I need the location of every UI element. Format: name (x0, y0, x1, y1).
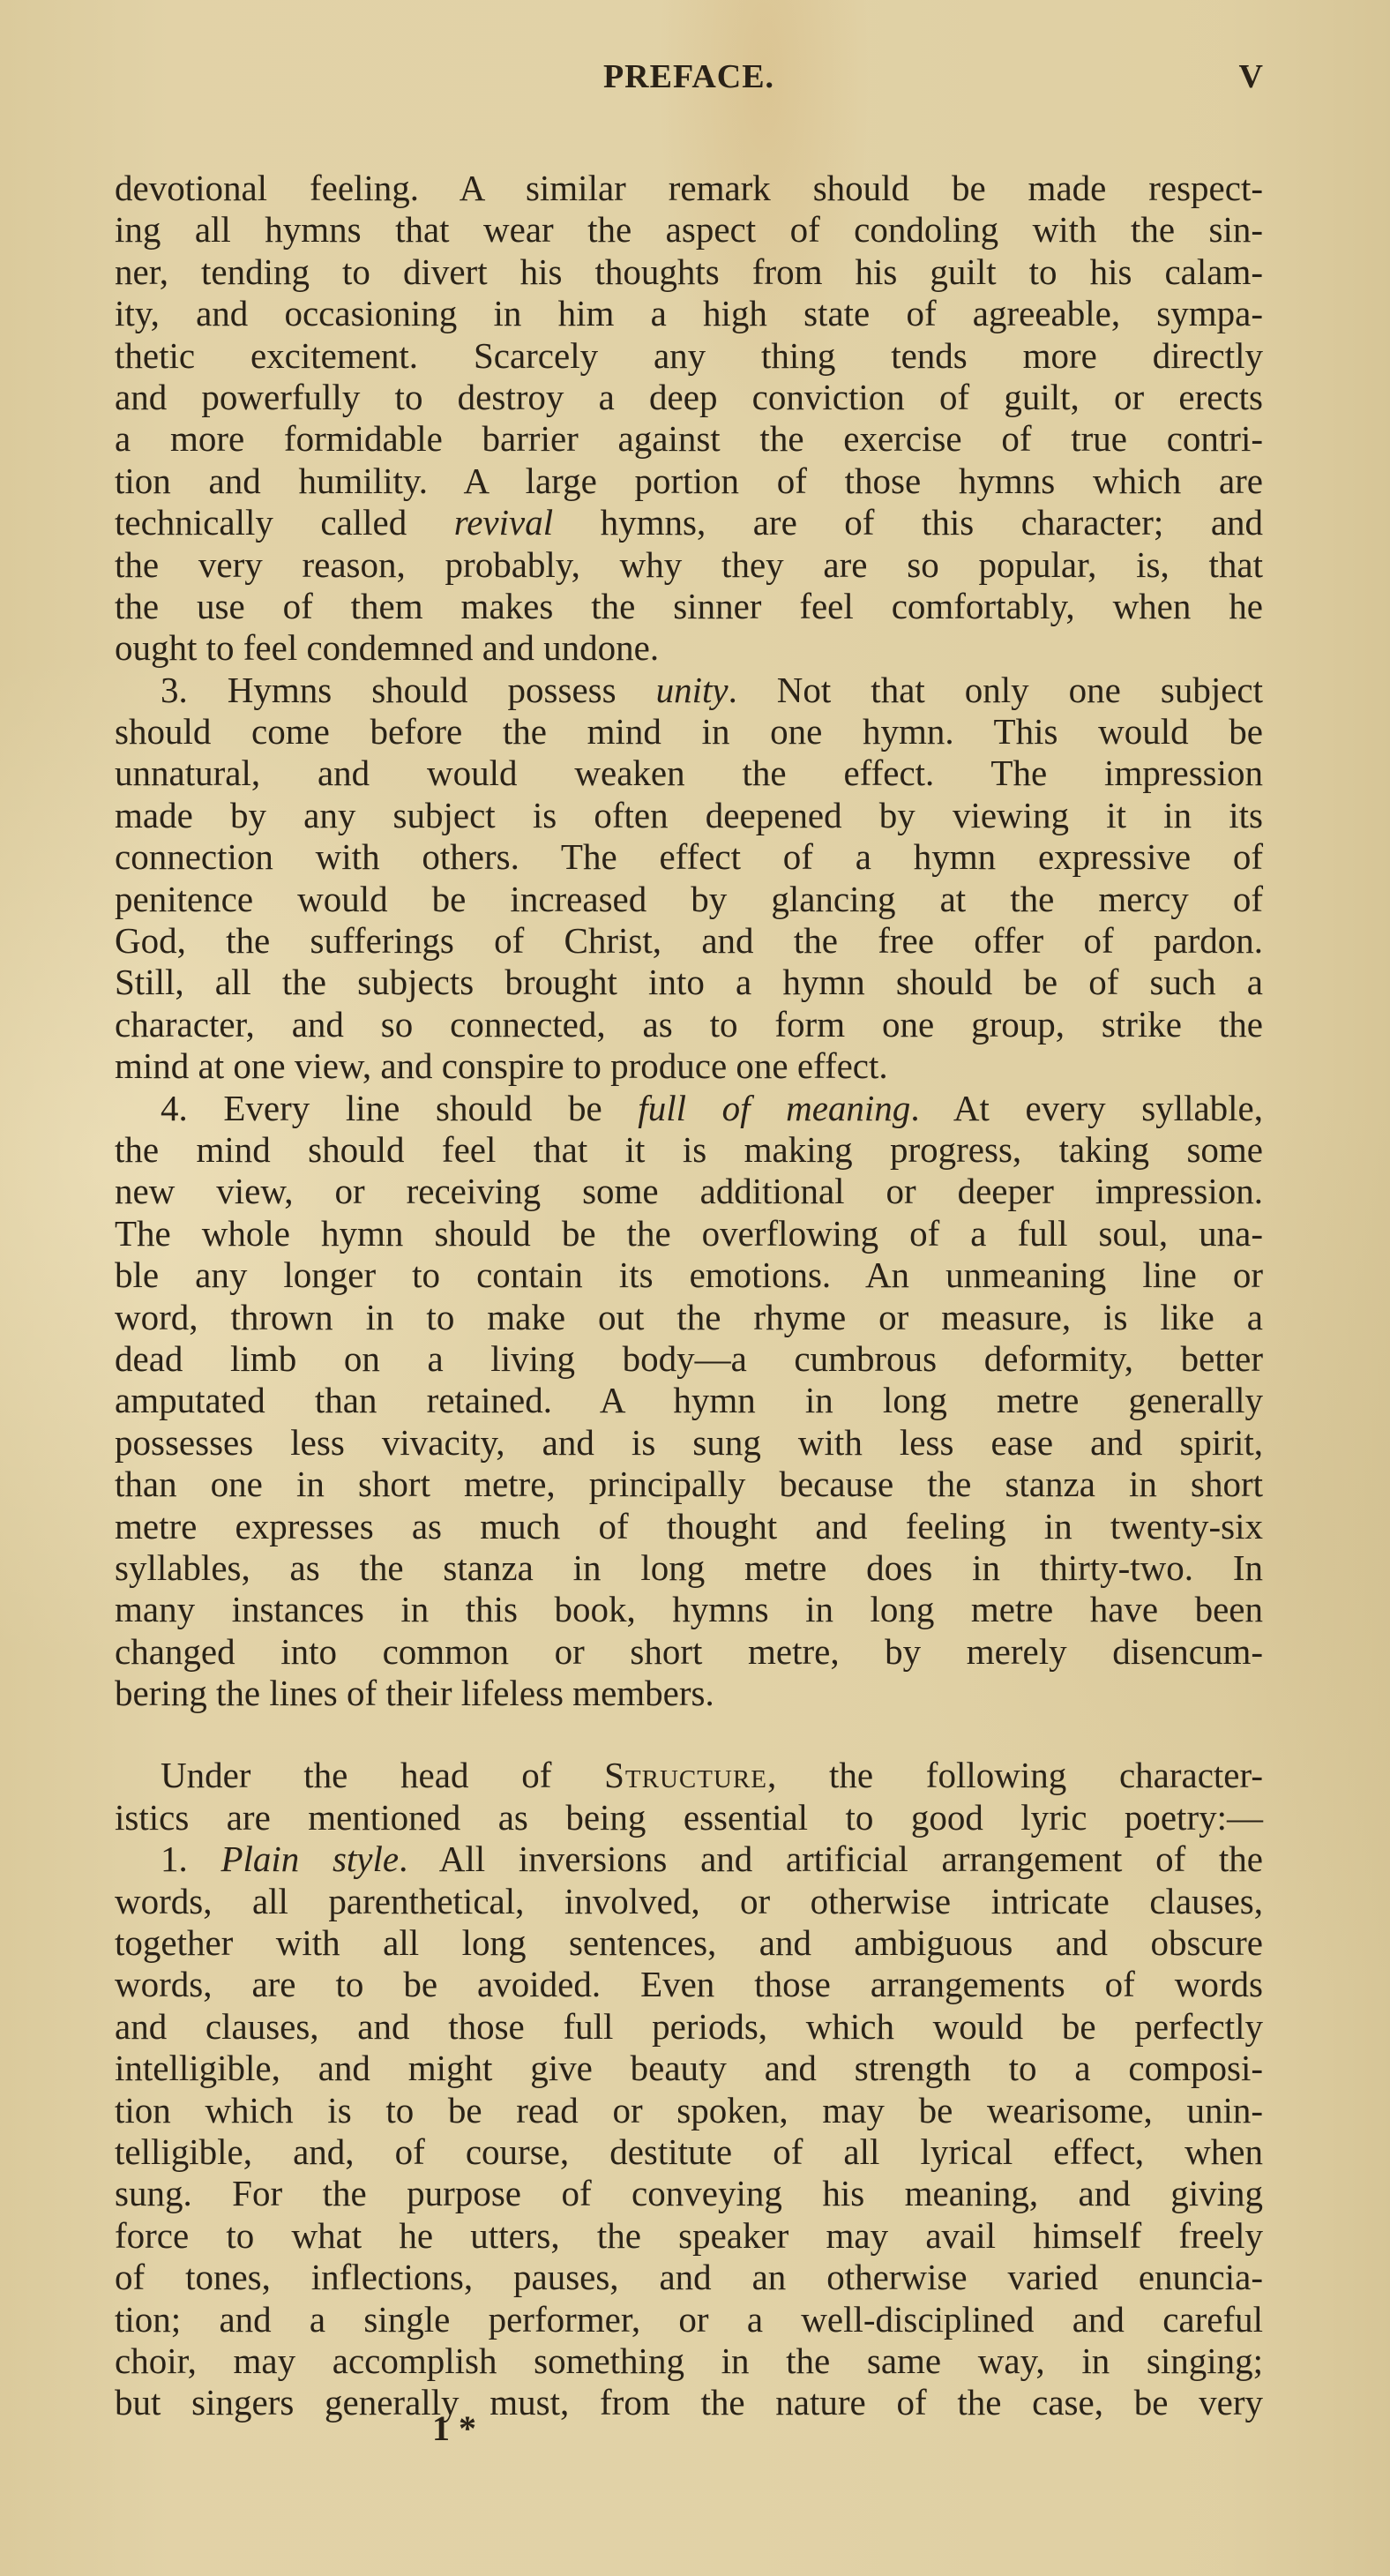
text-line: tion which is to be read or spoken, may … (115, 2090, 1263, 2131)
text-line-paragraph-start: Under the head of Structure, the followi… (115, 1755, 1263, 1796)
italic-term: Plain style (220, 1838, 399, 1879)
text-line: connection with others. The effect of a … (115, 836, 1263, 878)
text-line-paragraph-start: 4. Every line should be full of meaning.… (115, 1088, 1263, 1129)
book-page: PREFACE. V devotional feeling. A similar… (0, 0, 1390, 2576)
text-line: intelligible, and might give beauty and … (115, 2048, 1263, 2089)
text-line: metre expresses as much of thought and f… (115, 1506, 1263, 1547)
italic-term: unity (656, 670, 729, 710)
text-line: unnatural, and would weaken the effect. … (115, 753, 1263, 794)
italic-term: full of meaning (638, 1088, 910, 1128)
text-line: many instances in this book, hymns in lo… (115, 1589, 1263, 1630)
text-line: ner, tending to divert his thoughts from… (115, 251, 1263, 293)
page-number: V (1239, 55, 1263, 99)
text-line: syllables, as the stanza in long metre d… (115, 1547, 1263, 1589)
text-line: words, are to be avoided. Even those arr… (115, 1964, 1263, 2005)
italic-term: revival (454, 502, 553, 543)
text-line: Still, all the subjects brought into a h… (115, 962, 1263, 1003)
text-line: God, the sufferings of Christ, and the f… (115, 920, 1263, 962)
text-line: changed into common or short metre, by m… (115, 1631, 1263, 1673)
text-line: and clauses, and those full periods, whi… (115, 2006, 1263, 2048)
text-line: ing all hymns that wear the aspect of co… (115, 209, 1263, 251)
body-text: devotional feeling. A similar remark sho… (115, 168, 1263, 2424)
text-line: character, and so connected, as to form … (115, 1004, 1263, 1045)
section-gap (115, 1714, 1263, 1755)
text-line: new view, or receiving some additional o… (115, 1171, 1263, 1212)
text-line: a more formidable barrier against the ex… (115, 418, 1263, 460)
text-line: than one in short metre, principally bec… (115, 1464, 1263, 1505)
text-line-paragraph-start: 1. Plain style. All inversions and artif… (115, 1838, 1263, 1880)
text-line: amputated than retained. A hymn in long … (115, 1380, 1263, 1421)
text-line: the very reason, probably, why they are … (115, 544, 1263, 586)
text-line: devotional feeling. A similar remark sho… (115, 168, 1263, 209)
text-line: tion and humility. A large portion of th… (115, 461, 1263, 502)
running-title: PREFACE. (115, 55, 1263, 99)
text-line: together with all long sentences, and am… (115, 1922, 1263, 1964)
text-line-paragraph-end: bering the lines of their lifeless membe… (115, 1673, 1263, 1714)
text-line: telligible, and, of course, destitute of… (115, 2131, 1263, 2173)
text-line: should come before the mind in one hymn.… (115, 711, 1263, 753)
text-line: istics are mentioned as being essential … (115, 1797, 1263, 1838)
text-line: dead limb on a living body—a cumbrous de… (115, 1338, 1263, 1380)
text-line: words, all parenthetical, involved, or o… (115, 1881, 1263, 1922)
text-line: but singers generally must, from the nat… (115, 2382, 1263, 2423)
text-line-paragraph-end: mind at one view, and conspire to produc… (115, 1045, 1263, 1087)
text-line: and powerfully to destroy a deep convict… (115, 377, 1263, 418)
text-line: ble any longer to contain its emotions. … (115, 1254, 1263, 1296)
text-line: The whole hymn should be the overflowing… (115, 1213, 1263, 1254)
text-line-paragraph-start: 3. Hymns should possess unity. Not that … (115, 670, 1263, 711)
running-head: PREFACE. V (115, 55, 1263, 99)
text-line-paragraph-end: ought to feel condemned and undone. (115, 627, 1263, 669)
signature-mark: 1 * (432, 2407, 476, 2451)
text-line: ity, and occasioning in him a high state… (115, 293, 1263, 334)
text-line: technically called revival hymns, are of… (115, 502, 1263, 543)
text-line: of tones, inflections, pauses, and an ot… (115, 2257, 1263, 2298)
text-line: word, thrown in to make out the rhyme or… (115, 1297, 1263, 1338)
text-line: choir, may accomplish something in the s… (115, 2340, 1263, 2382)
text-line: thetic excitement. Scarcely any thing te… (115, 335, 1263, 377)
text-line: tion; and a single performer, or a well-… (115, 2299, 1263, 2340)
text-line: force to what he utters, the speaker may… (115, 2215, 1263, 2257)
text-line: possesses less vivacity, and is sung wit… (115, 1422, 1263, 1464)
text-line: penitence would be increased by glancing… (115, 879, 1263, 920)
text-line: the mind should feel that it is making p… (115, 1129, 1263, 1171)
text-line: made by any subject is often deepened by… (115, 795, 1263, 836)
small-caps-term: Structure (604, 1755, 767, 1795)
text-line: the use of them makes the sinner feel co… (115, 586, 1263, 627)
text-line: sung. For the purpose of conveying his m… (115, 2173, 1263, 2214)
